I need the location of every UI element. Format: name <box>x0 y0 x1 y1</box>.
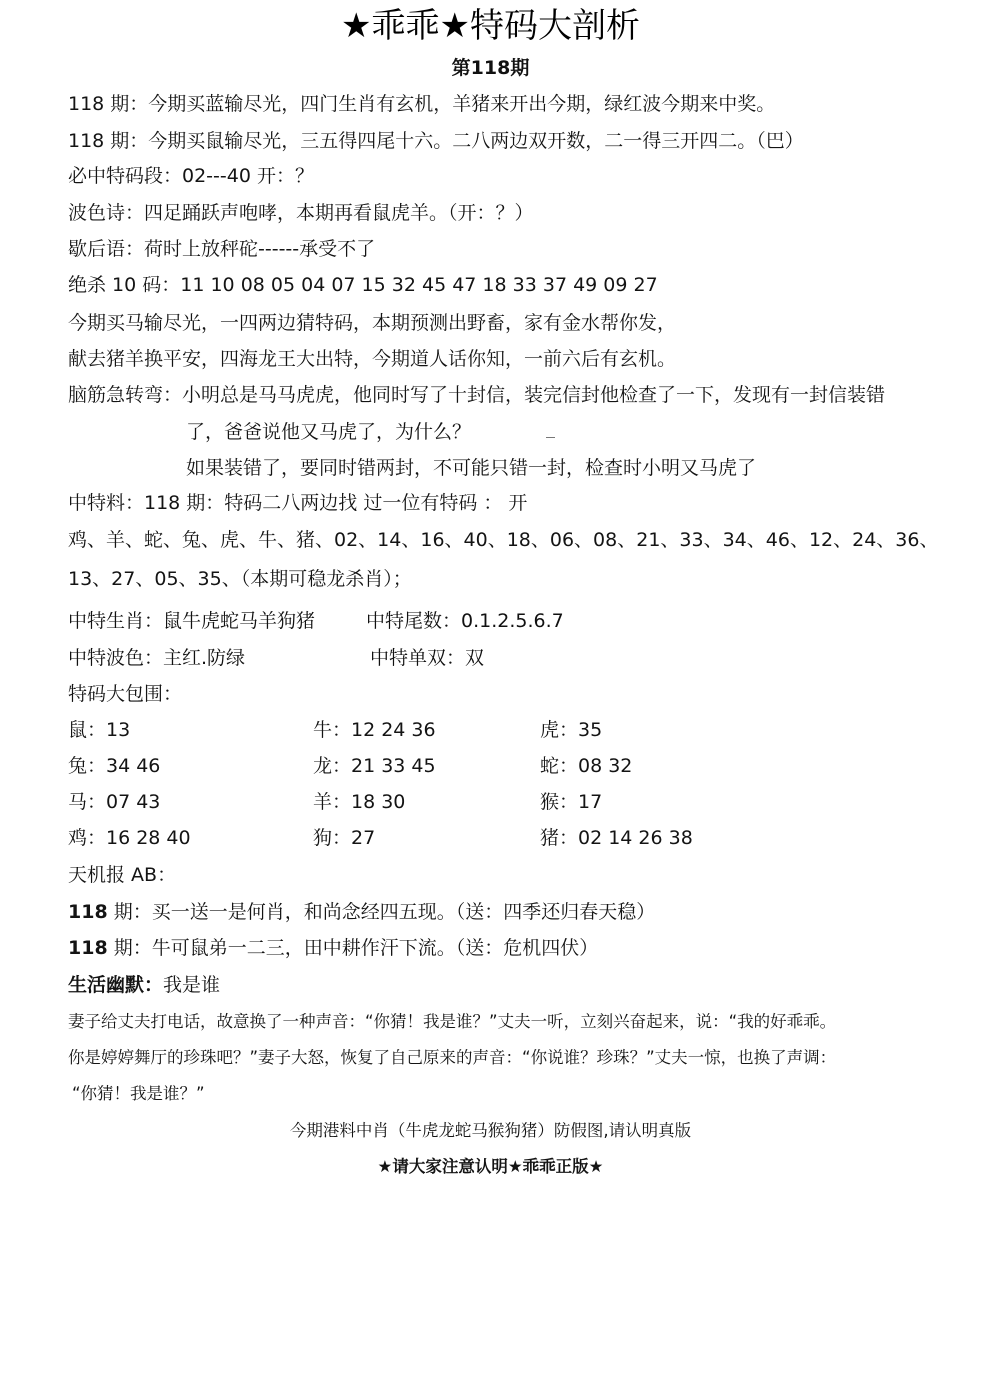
page-title: ★乖乖★特码大剖析 <box>0 4 981 48</box>
stray-dash-mark <box>546 437 555 438</box>
footer-notice: 今期港料中肖（牛虎龙蛇马猴狗猪）防假图,请认明真版 <box>0 1117 981 1145</box>
poem-line-2: 献去猪羊换平安，四海龙王大出特，今期道人话你知，一前六后有玄机。 <box>68 345 676 373</box>
xiehouyu-line: 歇后语：荷时上放秤砣------承受不了 <box>68 235 375 263</box>
zodiac-pig: 猪：02 14 26 38 <box>540 824 693 852</box>
prediction-line-1: 118 期：今期买蓝输尽光，四门生肖有玄机，羊猪来开出今期，绿红波今期来中奖。 <box>68 90 775 118</box>
wave-color-poem: 波色诗：四足踊跃声咆哮，本期再看鼠虎羊。（开：？） <box>68 199 534 227</box>
riddle-question-cont: 了，爸爸说他又马虎了，为什么？ <box>186 418 471 446</box>
zodiac-horse: 马：07 43 <box>68 788 160 816</box>
special-zodiac: 中特生肖：鼠牛虎蛇马羊狗猪 <box>68 607 315 635</box>
special-material-list-1: 鸡、羊、蛇、兔、虎、牛、猪、02、14、16、40、18、06、08、21、33… <box>68 526 938 554</box>
zodiac-rat: 鼠：13 <box>68 716 130 744</box>
special-material-heading: 中特料：118 期：特码二八两边找 过一位有特码 ： 开 <box>68 489 527 517</box>
kill-10-codes: 绝杀 10 码：11 10 08 05 04 07 15 32 45 47 18… <box>68 271 658 299</box>
zodiac-rooster: 鸡：16 28 40 <box>68 824 191 852</box>
riddle-answer: 如果装错了，要同时错两封，不可能只错一封，检查时小明又马虎了 <box>186 454 756 482</box>
tianji-heading: 天机报 AB： <box>68 861 176 889</box>
humor-paragraph-1: 妻子给丈夫打电话，故意换了一种声音：“你猜！我是谁？”丈夫一听，立刻兴奋起来，说… <box>68 1008 836 1036</box>
zodiac-tiger: 虎：35 <box>540 716 602 744</box>
special-odd-even: 中特单双：双 <box>370 644 484 672</box>
special-tail-numbers: 中特尾数：0.1.2.5.6.7 <box>366 607 564 635</box>
prediction-line-2: 118 期：今期买鼠输尽光，三五得四尾十六。二八两边双开数，二一得三开四二。（巴… <box>68 127 804 155</box>
humor-paragraph-2: 你是婷婷舞厅的珍珠吧？”妻子大怒，恢复了自己原来的声音：“你说谁？珍珠？”丈夫一… <box>68 1044 836 1072</box>
zodiac-rabbit: 兔：34 46 <box>68 752 160 780</box>
zodiac-dog: 狗：27 <box>313 824 375 852</box>
tianji-a-text: 期：买一送一是何肖，和尚念经四五现。（送：四季还归春天稳） <box>108 901 656 923</box>
humor-heading: 生活幽默：我是谁 <box>68 971 220 999</box>
must-hit-range: 必中特码段：02---40 开：？ <box>68 162 314 190</box>
poem-line-1: 今期买马输尽光，一四两边猜特码，本期预测出野畜，家有金水帮你发， <box>68 309 676 337</box>
humor-paragraph-3: “你猜！我是谁？” <box>72 1080 205 1108</box>
tianji-a: 118 期：买一送一是何肖，和尚念经四五现。（送：四季还归春天稳） <box>68 898 655 926</box>
special-material-list-2: 13、27、05、35、（本期可稳龙杀肖）； <box>68 565 412 593</box>
zodiac-snake: 蛇：08 32 <box>540 752 632 780</box>
tianji-b-issue: 118 <box>68 937 108 959</box>
zodiac-goat: 羊：18 30 <box>313 788 405 816</box>
special-wave-color: 中特波色：主红.防绿 <box>68 644 245 672</box>
riddle-question: 脑筋急转弯：小明总是马马虎虎，他同时写了十封信，装完信封他检查了一下，发现有一封… <box>68 381 885 409</box>
tianji-b-text: 期：牛可鼠弟一二三，田中耕作汗下流。（送：危机四伏） <box>108 937 599 959</box>
zodiac-monkey: 猴：17 <box>540 788 602 816</box>
tianji-a-issue: 118 <box>68 901 108 923</box>
big-pack-heading: 特码大包围： <box>68 680 182 708</box>
zodiac-dragon: 龙：21 33 45 <box>313 752 436 780</box>
tianji-b: 118 期：牛可鼠弟一二三，田中耕作汗下流。（送：危机四伏） <box>68 934 598 962</box>
humor-title: 我是谁 <box>163 974 220 996</box>
zodiac-ox: 牛：12 24 36 <box>313 716 436 744</box>
document-page: ★乖乖★特码大剖析 第118期 118 期：今期买蓝输尽光，四门生肖有玄机，羊猪… <box>0 0 981 1388</box>
issue-number: 第118期 <box>0 54 981 82</box>
footer-brand: ★请大家注意认明★乖乖正版★ <box>0 1153 981 1181</box>
humor-label: 生活幽默： <box>68 974 163 996</box>
